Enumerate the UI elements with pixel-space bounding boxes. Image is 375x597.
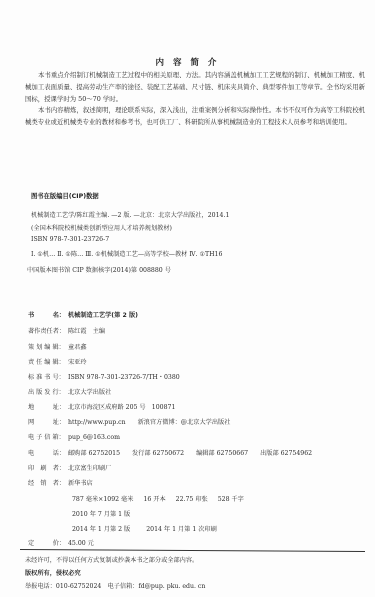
value: 北京市海淀区成府路 205 号 100871 bbox=[68, 402, 175, 411]
record-author: 著作责任者：陈红霞 主编 bbox=[28, 326, 105, 335]
footer-rights: 版权所有，侵权必究 bbox=[25, 568, 81, 577]
printing: 2014 年 1 月第 1 次印刷 bbox=[146, 526, 217, 533]
value: 机械制造工艺学(第 2 版) bbox=[68, 310, 138, 319]
value: 北京大学出版社 bbox=[68, 387, 111, 396]
label: 著作责任者： bbox=[28, 326, 68, 335]
record-planning-editor: 策 划 编 辑：童君鑫 bbox=[28, 342, 87, 351]
spec-words: 528 千字 bbox=[218, 496, 244, 503]
value: 童君鑫 bbox=[68, 342, 87, 351]
phone-mail-order: 邮购部 62752015 bbox=[68, 448, 120, 457]
label: 电 子 信 箱： bbox=[28, 432, 68, 441]
label: 标 准 书 号： bbox=[28, 372, 68, 381]
record-edition-1: 2010 年 7 月第 1 版 bbox=[72, 509, 130, 518]
website-link[interactable]: http://www.pup.cn bbox=[68, 419, 126, 426]
weibo: 新浪官方微博：@北京大学出版社 bbox=[138, 417, 231, 426]
label: 网 址： bbox=[28, 417, 68, 426]
divider-rule bbox=[20, 549, 365, 552]
label: 地 址： bbox=[28, 402, 68, 411]
value: 45.00 元 bbox=[68, 538, 94, 547]
phone-distribution: 发行部 62750672 bbox=[132, 448, 184, 457]
spec-size: 787 毫米×1092 毫米 bbox=[72, 496, 133, 503]
cip-line: (全国本科院校机械类创新型应用人才培养规划教材) bbox=[31, 223, 172, 232]
cip-classification: Ⅰ. ①机… Ⅱ. ①陈… Ⅲ. ①机械制造工艺—高等学校—教材 Ⅳ. ①TH1… bbox=[31, 249, 222, 258]
record-book-name: 书 名：机械制造工艺学(第 2 版) bbox=[28, 310, 138, 319]
record-email: 电 子 信 箱：pup_6@163.com bbox=[28, 432, 120, 441]
spec-format: 16 开本 bbox=[143, 496, 165, 503]
value: 新华书店 bbox=[68, 478, 93, 487]
phone-publishing: 出版部 62754962 bbox=[260, 448, 312, 457]
value: 陈红霞 主编 bbox=[68, 326, 105, 335]
record-edition-2: 2014 年 1 月第 2 版2014 年 1 月第 1 次印刷 bbox=[72, 524, 227, 533]
value: 宋亚玲 bbox=[68, 357, 87, 366]
spec-sheets: 22.75 印张 bbox=[176, 496, 208, 503]
cip-line: 机械制造工艺学/陈红霞主编. —2 版. —北京：北京大学出版社，2014.1 bbox=[31, 210, 229, 219]
value: ISBN 978-7-301-23726-7/TH・0380 bbox=[68, 372, 180, 381]
label: 书 名： bbox=[28, 310, 68, 319]
cip-isbn: ISBN 978-7-301-23726-7 bbox=[31, 236, 109, 243]
label: 定 价： bbox=[28, 538, 68, 547]
summary-paragraph: 本书内容精炼，叙述简明，理论联系实际，深入浅出，注重案例分析和实际操作性。本书不… bbox=[25, 105, 365, 129]
summary-paragraph: 本书重点介绍制订机械制造工艺过程中的相关原理、方法。其内容涵盖机械加工工艺规程的… bbox=[25, 70, 365, 105]
record-printer: 印 刷 者：北京富生印刷厂 bbox=[28, 463, 111, 472]
phone-editorial: 编辑部 62750667 bbox=[196, 448, 248, 457]
cip-number: 中国版本图书馆 CIP 数据核字(2014)第 008880 号 bbox=[27, 265, 171, 274]
label: 经 销 者： bbox=[28, 478, 68, 487]
edition-2: 2014 年 1 月第 2 版 bbox=[72, 526, 130, 533]
footer-notice: 未经许可，不得以任何方式复制或抄袭本书之部分或全部内容。 bbox=[25, 555, 198, 564]
record-publisher: 出 版 发 行：北京大学出版社 bbox=[28, 387, 111, 396]
record-address: 地 址：北京市海淀区成府路 205 号 100871 bbox=[28, 402, 175, 411]
copyright-page: 内 容 简 介 本书重点介绍制订机械制造工艺过程中的相关原理、方法。其内容涵盖机… bbox=[0, 0, 375, 597]
record-website: 网 址：http://www.pup.cn新浪官方微博：@北京大学出版社 bbox=[28, 417, 230, 426]
email-link[interactable]: pup_6@163.com bbox=[68, 434, 120, 441]
label: 出 版 发 行： bbox=[28, 387, 68, 396]
label: 责 任 编 辑： bbox=[28, 357, 68, 366]
value: 北京富生印刷厂 bbox=[68, 463, 111, 472]
record-specs: 787 毫米×1092 毫米16 开本22.75 印张528 千字 bbox=[72, 494, 254, 503]
record-responsible-editor: 责 任 编 辑：宋亚玲 bbox=[28, 357, 87, 366]
summary-title: 内 容 简 介 bbox=[0, 56, 375, 68]
cip-heading: 图书在版编目(CIP)数据 bbox=[31, 191, 99, 200]
record-isbn: 标 准 书 号：ISBN 978-7-301-23726-7/TH・0380 bbox=[28, 372, 180, 381]
label: 策 划 编 辑： bbox=[28, 342, 68, 351]
record-distributor: 经 销 者：新华书店 bbox=[28, 478, 93, 487]
record-phone: 电 话：邮购部 62752015发行部 62750672编辑部 62750667… bbox=[28, 448, 312, 457]
footer-report: 举报电话：010-62752024 电子信箱：fd@pup. pku. edu.… bbox=[25, 581, 205, 590]
record-price: 定 价：45.00 元 bbox=[28, 538, 94, 547]
summary-body: 本书重点介绍制订机械制造工艺过程中的相关原理、方法。其内容涵盖机械加工工艺规程的… bbox=[25, 70, 365, 129]
label: 印 刷 者： bbox=[28, 463, 68, 472]
label: 电 话： bbox=[28, 448, 68, 457]
